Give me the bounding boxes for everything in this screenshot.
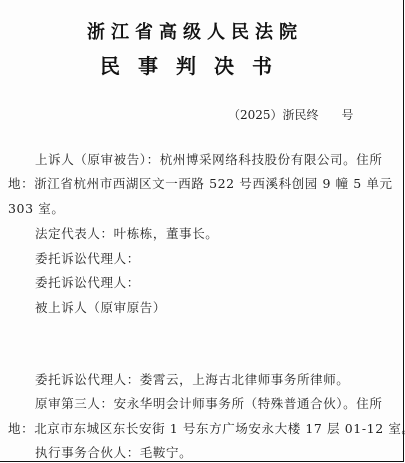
case-number: （2025）浙民终 号 bbox=[228, 106, 353, 123]
managing-partner-line: 执行事务合伙人：毛鞍宁。 bbox=[35, 443, 192, 461]
legal-representative-line: 法定代表人：叶栋栋，董事长。 bbox=[35, 224, 218, 242]
appellee-agent-line: 委托诉讼代理人：娄霄云，上海古北律师事务所律师。 bbox=[35, 370, 349, 388]
appellant-address-line-end: 303 室。 bbox=[8, 199, 64, 217]
third-party-address-line: 地：北京市东城区东长安街 1 号东方广场安永大楼 17 层 01-12 室。 bbox=[8, 419, 405, 437]
appellant-agent-line-2: 委托诉讼代理人： bbox=[35, 273, 140, 291]
appellant-address-line: 地：浙江省杭州市西湖区文一西路 522 号西溪科创园 9 幢 5 单元 bbox=[8, 174, 393, 192]
appellee-line: 被上诉人（原审原告） bbox=[35, 298, 166, 316]
third-party-line: 原审第三人：安永华明会计师事务所（特殊普通合伙）。住所 bbox=[35, 394, 382, 412]
document-page: 浙江省高级人民法院 民事判决书 （2025）浙民终 号 上诉人（原审被告）：杭州… bbox=[0, 0, 404, 462]
court-name-heading: 浙江省高级人民法院 bbox=[0, 18, 390, 44]
appellant-line: 上诉人（原审被告）：杭州博采网络科技股份有限公司。住所 bbox=[35, 150, 382, 168]
appellant-agent-line-1: 委托诉讼代理人： bbox=[35, 249, 140, 267]
document-type-heading: 民事判决书 bbox=[0, 50, 390, 79]
